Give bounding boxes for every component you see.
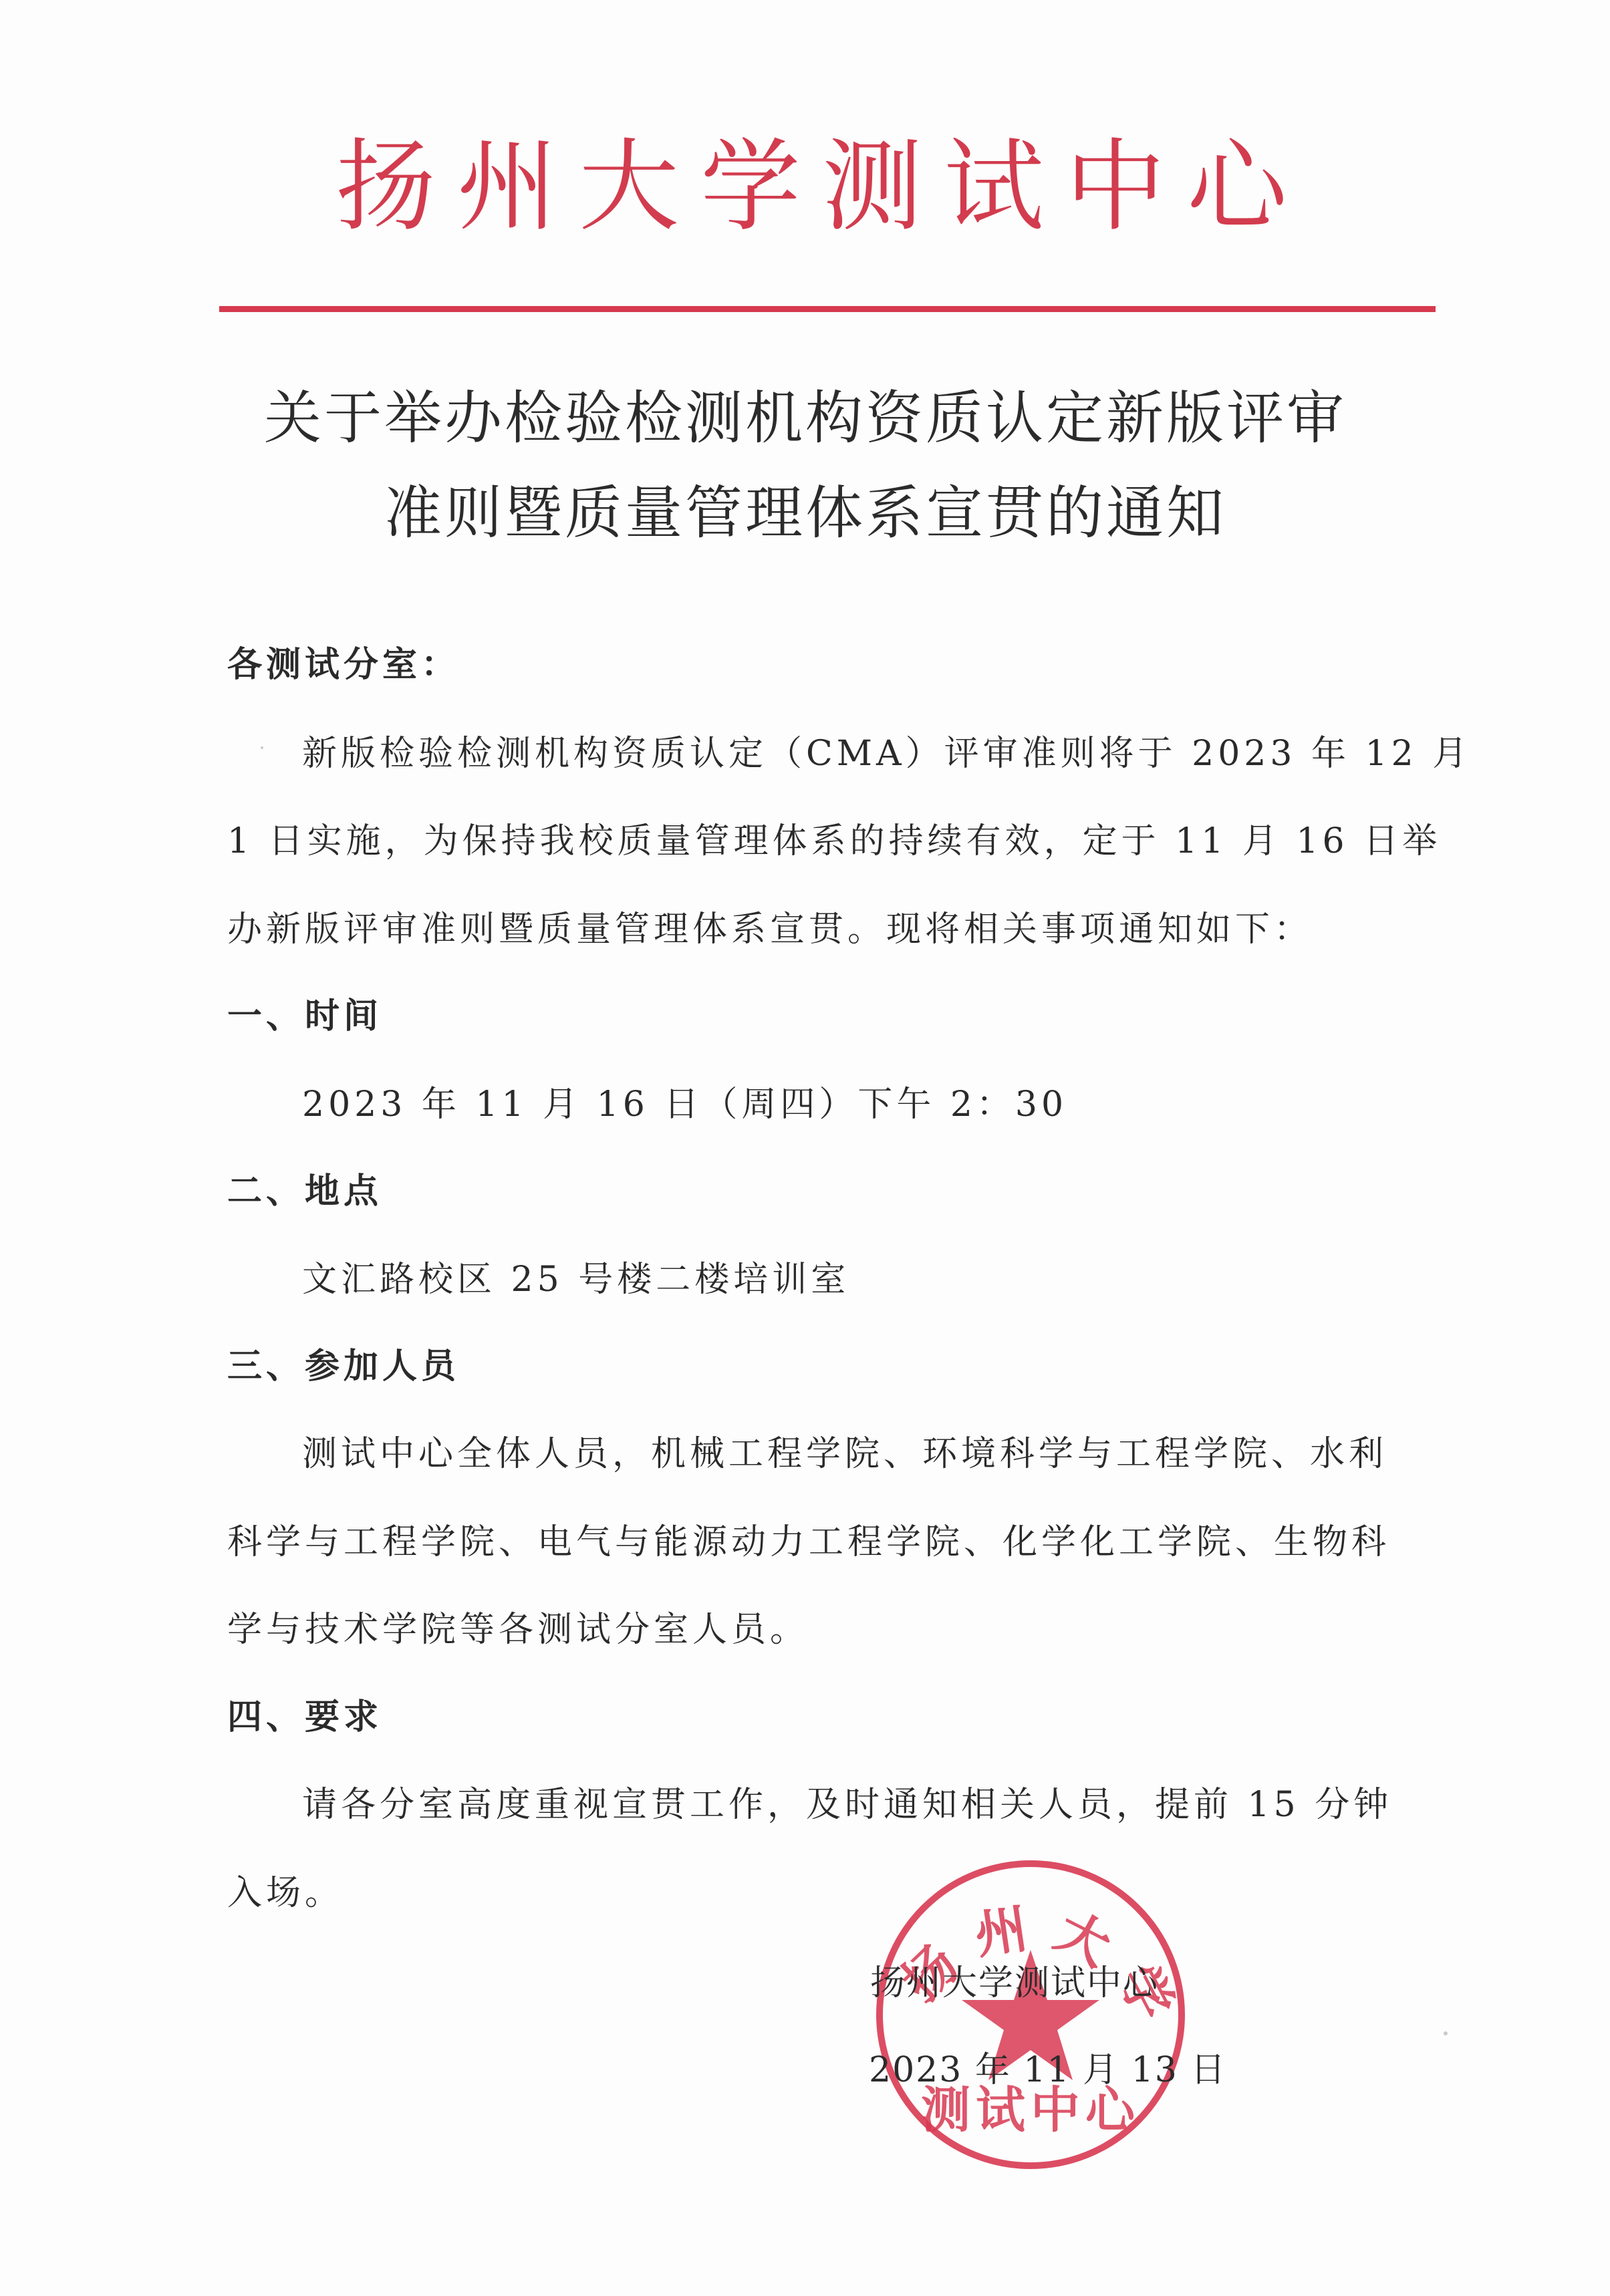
requirements-line-2: 入场。 [227,1871,1383,1915]
section-heading-requirements: 四、要求 [227,1695,1383,1739]
participants-line-1: 测试中心全体人员，机械工程学院、环境科学与工程学院、水利 [227,1432,1458,1476]
intro-line-2: 1 日实施，为保持我校质量管理体系的持续有效，定于 11 月 16 日举 [227,819,1383,863]
intro-line-3: 办新版评审准则暨质量管理体系宣贯。现将相关事项通知如下： [227,907,1383,952]
section-heading-location: 二、地点 [227,1169,1383,1213]
title-line-2: 准则暨质量管理体系宣贯的通知 [200,466,1410,561]
salutation: 各测试分室： [227,643,1383,687]
section-time-value: 2023 年 11 月 16 日（周四）下午 2：30 [227,1083,1458,1127]
requirements-line-1: 请各分室高度重视宣贯工作，及时通知相关人员，提前 15 分钟 [227,1783,1458,1827]
section-location-value: 文汇路校区 25 号楼二楼培训室 [227,1258,1458,1302]
title-line-1: 关于举办检验检测机构资质认定新版评审 [200,371,1410,466]
signature-org: 扬州大学测试中心 [870,1955,1159,2005]
participants-line-2: 科学与工程学院、电气与能源动力工程学院、化学化工学院、生物科 [227,1520,1383,1564]
scan-speck [261,746,263,749]
participants-line-3: 学与技术学院等各测试分室人员。 [227,1608,1383,1652]
masthead-title: 扬州大学测试中心 [221,134,1424,241]
section-heading-participants: 三、参加人员 [227,1344,1383,1389]
section-heading-time: 一、时间 [227,994,1383,1038]
signature-date: 2023 年 11 月 13 日 [869,2041,1226,2092]
notice-page: 扬州大学测试中心 关于举办检验检测机构资质认定新版评审 准则暨质量管理体系宣贯的… [0,0,1610,2296]
document-title: 关于举办检验检测机构资质认定新版评审 准则暨质量管理体系宣贯的通知 [200,371,1410,561]
intro-line-1: 新版检验检测机构资质认定（CMA）评审准则将于 2023 年 12 月 [227,732,1458,776]
official-seal: 扬州大学 测试中心 [872,1856,1190,2174]
red-divider [219,306,1436,312]
scan-speck [1444,2031,1448,2035]
